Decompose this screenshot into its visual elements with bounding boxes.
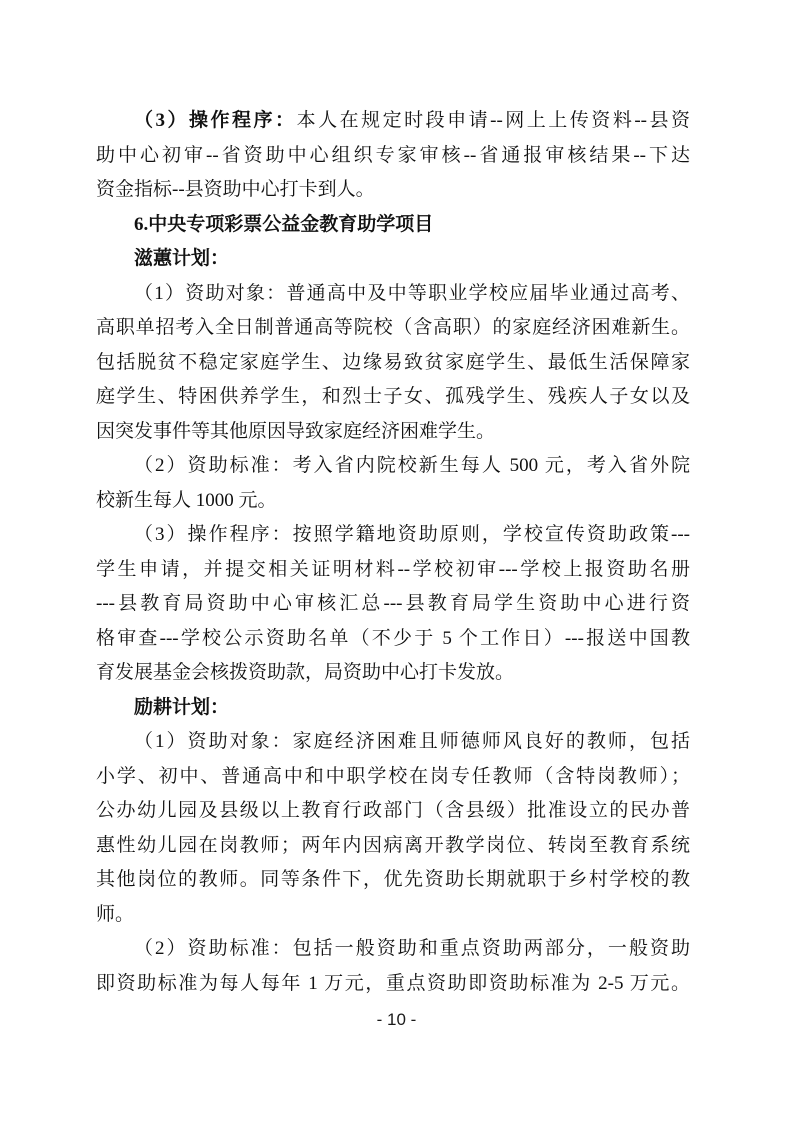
text-line: 即资助标准为每人每年 1 万元，重点资助即资助标准为 2-5 万元。 xyxy=(96,967,690,1002)
text-line: ---县教育局资助中心审核汇总---县教育局学生资助中心进行资 xyxy=(96,587,690,622)
text-line: 校新生每人 1000 元。 xyxy=(96,484,690,519)
text-segment: 学生申请，并提交相关证明材料--学校初审---学校上报资助名册 xyxy=(96,559,690,580)
text-line: （1）资助对象：家庭经济困难且师德师风良好的教师，包括 xyxy=(96,725,690,760)
text-segment: ---县教育局资助中心审核汇总---县教育局学生资助中心进行资 xyxy=(96,593,690,614)
text-segment: 庭学生、特困供养学生，和烈士子女、孤残学生、残疾人子女以及 xyxy=(96,386,690,407)
text-line: 励耕计划： xyxy=(96,691,690,726)
text-line: 惠性幼儿园在岗教师；两年内因病离开教学岗位、转岗至教育系统 xyxy=(96,829,690,864)
text-line: 公办幼儿园及县级以上教育行政部门（含县级）批准设立的民办普 xyxy=(96,794,690,829)
text-line: 因突发事件等其他原因导致家庭经济困难学生。 xyxy=(96,415,690,450)
text-segment: 本人在规定时段申请--网上上传资料--县资 xyxy=(297,110,690,131)
text-segment: 助中心初审--省资助中心组织专家审核--省通报审核结果--下达 xyxy=(96,145,690,166)
text-segment: （2）资助标准：考入省内院校新生每人 500 元，考入省外院 xyxy=(134,455,690,476)
text-line: （3）操作程序：按照学籍地资助原则，学校宣传资助政策--- xyxy=(96,518,690,553)
text-segment: 高职单招考入全日制普通高等院校（含高职）的家庭经济困难新生。 xyxy=(96,317,690,338)
text-segment: （3）操作程序：按照学籍地资助原则，学校宣传资助政策--- xyxy=(134,524,690,545)
text-segment: 育发展基金会核拨资助款，局资助中心打卡发放。 xyxy=(96,662,514,683)
text-segment: （1）资助对象：普通高中及中等职业学校应届毕业通过高考、 xyxy=(134,283,690,304)
text-line: 6.中央专项彩票公益金教育助学项目 xyxy=(96,208,690,243)
text-line: 学生申请，并提交相关证明材料--学校初审---学校上报资助名册 xyxy=(96,553,690,588)
text-line: （2）资助标准：包括一般资助和重点资助两部分，一般资助 xyxy=(96,932,690,967)
bold-text-segment: 滋蕙计划： xyxy=(134,248,229,269)
bold-text-segment: 6.中央专项彩票公益金教育助学项目 xyxy=(134,214,433,235)
text-line: 助中心初审--省资助中心组织专家审核--省通报审核结果--下达 xyxy=(96,139,690,174)
document-body: （3）操作程序：本人在规定时段申请--网上上传资料--县资助中心初审--省资助中… xyxy=(96,104,690,1001)
page-number: - 10 - xyxy=(377,1010,417,1029)
text-segment: 即资助标准为每人每年 1 万元，重点资助即资助标准为 2-5 万元。 xyxy=(96,973,690,994)
text-line: 小学、初中、普通高中和中职学校在岗专任教师（含特岗教师）； xyxy=(96,760,690,795)
text-segment: （2）资助标准：包括一般资助和重点资助两部分，一般资助 xyxy=(134,938,690,959)
text-segment: （1）资助对象：家庭经济困难且师德师风良好的教师，包括 xyxy=(134,731,690,752)
document-page: （3）操作程序：本人在规定时段申请--网上上传资料--县资助中心初审--省资助中… xyxy=(0,0,793,1122)
text-line: （2）资助标准：考入省内院校新生每人 500 元，考入省外院 xyxy=(96,449,690,484)
text-segment: 资金指标--县资助中心打卡到人。 xyxy=(96,179,375,200)
text-line: （3）操作程序：本人在规定时段申请--网上上传资料--县资 xyxy=(96,104,690,139)
text-line: 资金指标--县资助中心打卡到人。 xyxy=(96,173,690,208)
text-line: 格审查---学校公示资助名单（不少于 5 个工作日）---报送中国教 xyxy=(96,622,690,657)
text-line: 高职单招考入全日制普通高等院校（含高职）的家庭经济困难新生。 xyxy=(96,311,690,346)
text-line: 庭学生、特困供养学生，和烈士子女、孤残学生、残疾人子女以及 xyxy=(96,380,690,415)
text-line: 包括脱贫不稳定家庭学生、边缘易致贫家庭学生、最低生活保障家 xyxy=(96,346,690,381)
text-segment: 小学、初中、普通高中和中职学校在岗专任教师（含特岗教师）； xyxy=(96,766,690,787)
text-segment: 格审查---学校公示资助名单（不少于 5 个工作日）---报送中国教 xyxy=(96,628,690,649)
text-line: 滋蕙计划： xyxy=(96,242,690,277)
text-segment: 包括脱贫不稳定家庭学生、边缘易致贫家庭学生、最低生活保障家 xyxy=(96,352,690,373)
text-segment: 其他岗位的教师。同等条件下，优先资助长期就职于乡村学校的教 xyxy=(96,869,690,890)
bold-text-segment: （3）操作程序： xyxy=(134,110,297,131)
bold-text-segment: 励耕计划： xyxy=(134,697,229,718)
text-segment: 因突发事件等其他原因导致家庭经济困难学生。 xyxy=(96,421,495,442)
text-line: 其他岗位的教师。同等条件下，优先资助长期就职于乡村学校的教 xyxy=(96,863,690,898)
text-line: （1）资助对象：普通高中及中等职业学校应届毕业通过高考、 xyxy=(96,277,690,312)
text-line: 师。 xyxy=(96,898,690,933)
text-segment: 师。 xyxy=(96,904,134,925)
page-footer: - 10 - xyxy=(0,1008,793,1032)
text-segment: 校新生每人 1000 元。 xyxy=(96,490,277,511)
text-line: 育发展基金会核拨资助款，局资助中心打卡发放。 xyxy=(96,656,690,691)
text-segment: 惠性幼儿园在岗教师；两年内因病离开教学岗位、转岗至教育系统 xyxy=(96,835,690,856)
text-segment: 公办幼儿园及县级以上教育行政部门（含县级）批准设立的民办普 xyxy=(96,800,690,821)
